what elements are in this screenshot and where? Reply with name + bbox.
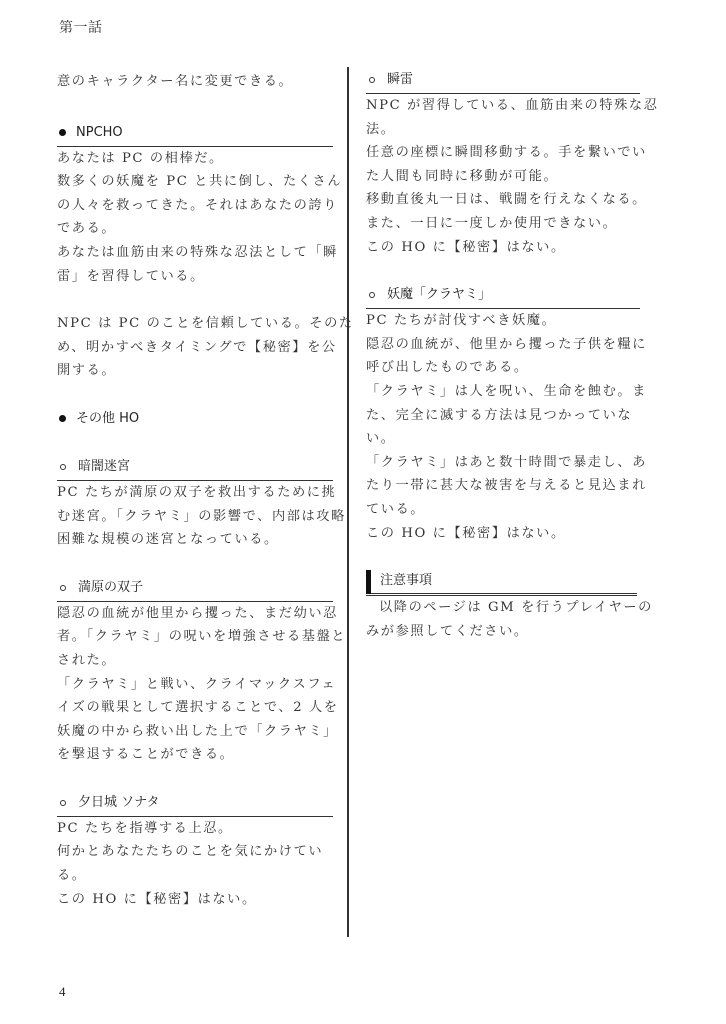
text-line: 任意の座標に瞬間移動する。手を繋いでい xyxy=(366,141,640,165)
text-line: い。 xyxy=(366,427,640,451)
text-line: 意のキャラクター名に変更できる。 xyxy=(57,70,333,94)
subheading-yuhijo-sonata: 夕日城 ソナタ xyxy=(57,791,333,817)
text-line: る。 xyxy=(57,864,333,888)
notice-heading: 注意事項 xyxy=(366,569,637,596)
text-line: の人々を救ってきた。それはあなたの誇り xyxy=(57,194,333,218)
circle-bullet-icon xyxy=(369,77,375,83)
shunrai-body: NPC が習得している、血筋由来の特殊な忍 法。 任意の座標に瞬間移動する。手を… xyxy=(366,94,640,259)
text-line: この HO に【秘密】はない。 xyxy=(57,888,333,912)
intro-paragraph: 意のキャラクター名に変更できる。 xyxy=(57,70,333,94)
heading-label: 瞬雷 xyxy=(387,68,413,92)
text-line: また、一日に一度しか使用できない。 xyxy=(366,212,640,236)
text-line: たり一帯に甚大な被害を与えると見込まれ xyxy=(366,474,640,498)
npcho-paragraph-1: あなたは PC の相棒だ。 数多くの妖魔を PC と共に倒し、たくさん の人々を… xyxy=(57,147,333,289)
text-line: 開する。 xyxy=(57,359,333,383)
text-line: 雷」を習得している。 xyxy=(57,265,333,289)
subheading-mitsuhara-twins: 満原の双子 xyxy=(57,576,333,602)
text-line: 隠忍の血統が他里から攫った、まだ幼い忍 xyxy=(57,602,333,626)
text-line: む迷宮。「クラヤミ」の影響で、内部は攻略 xyxy=(57,505,333,529)
section-heading-other-ho: その他 HO xyxy=(57,407,333,431)
text-line: この HO に【秘密】はない。 xyxy=(366,236,640,260)
bullet-icon xyxy=(59,415,66,422)
text-line: NPC は PC のことを信頼している。そのた xyxy=(57,312,333,336)
notice-body: 以降のページは GM を行うプレイヤーの みが参照してください。 xyxy=(366,596,640,643)
text-line: PC たちを指導する上忍。 xyxy=(57,817,333,841)
text-line: た、完全に滅する方法は見つかっていな xyxy=(366,404,640,428)
subheading-ankoku-meikyu: 暗闇迷宮 xyxy=(57,455,333,481)
subheading-kurayami: 妖魔「クラヤミ」 xyxy=(366,283,640,309)
subheading-shunrai: 瞬雷 xyxy=(366,68,640,94)
text-line: 困難な規模の迷宮となっている。 xyxy=(57,528,333,552)
text-line: NPC が習得している、血筋由来の特殊な忍 xyxy=(366,94,640,118)
text-line: ている。 xyxy=(366,498,640,522)
text-line: 「クラヤミ」はあと数十時間で暴走し、あ xyxy=(366,451,640,475)
heading-label: 暗闇迷宮 xyxy=(78,455,130,479)
text-line: を撃退することができる。 xyxy=(57,743,333,767)
text-line: 妖魔の中から救い出した上で「クラヤミ」 xyxy=(57,720,333,744)
left-column: 意のキャラクター名に変更できる。 NPCHO あなたは PC の相棒だ。 数多く… xyxy=(57,68,333,911)
text-line: 何かとあなたたちのことを気にかけてい xyxy=(57,840,333,864)
text-line: 隠忍の血統が、他里から攫った子供を糧に xyxy=(366,333,640,357)
circle-bullet-icon xyxy=(60,464,66,470)
text-line: PC たちが満原の双子を救出するために挑 xyxy=(57,481,333,505)
text-line: 者。「クラヤミ」の呪いを増強させる基盤と xyxy=(57,625,333,649)
text-line: 数多くの妖魔を PC と共に倒し、たくさん xyxy=(57,170,333,194)
heading-label: 注意事項 xyxy=(380,573,432,588)
text-line: あなたは血筋由来の特殊な忍法として「瞬 xyxy=(57,241,333,265)
right-column: 瞬雷 NPC が習得している、血筋由来の特殊な忍 法。 任意の座標に瞬間移動する… xyxy=(366,68,640,643)
text-line: イズの戦果として選択することで、2 人を xyxy=(57,696,333,720)
heading-label: NPCHO xyxy=(76,121,123,145)
text-line: 「クラヤミ」と戦い、クライマックスフェ xyxy=(57,673,333,697)
text-line: この HO に【秘密】はない。 xyxy=(366,522,640,546)
column-divider xyxy=(347,67,349,937)
npcho-paragraph-2: NPC は PC のことを信頼している。そのた め、明かすべきタイミングで【秘密… xyxy=(57,312,333,383)
text-line: 以降のページは GM を行うプレイヤーの xyxy=(366,596,640,620)
text-line: 「クラヤミ」は人を呪い、生命を蝕む。ま xyxy=(366,380,640,404)
heading-label: その他 HO xyxy=(76,407,139,431)
text-line: た人間も同時に移動が可能。 xyxy=(366,165,640,189)
text-line: された。 xyxy=(57,649,333,673)
ankoku-meikyu-body: PC たちが満原の双子を救出するために挑 む迷宮。「クラヤミ」の影響で、内部は攻… xyxy=(57,481,333,552)
kurayami-body: PC たちが討伐すべき妖魔。 隠忍の血統が、他里から攫った子供を糧に 呼び出した… xyxy=(366,309,640,545)
text-line: PC たちが討伐すべき妖魔。 xyxy=(366,309,640,333)
text-line: みが参照してください。 xyxy=(366,620,640,644)
text-line: である。 xyxy=(57,217,333,241)
mitsuhara-twins-body: 隠忍の血統が他里から攫った、まだ幼い忍 者。「クラヤミ」の呪いを増強させる基盤と… xyxy=(57,602,333,767)
circle-bullet-icon xyxy=(369,292,375,298)
yuhijo-sonata-body: PC たちを指導する上忍。 何かとあなたたちのことを気にかけてい る。 この H… xyxy=(57,817,333,911)
circle-bullet-icon xyxy=(60,800,66,806)
text-line: 呼び出したものである。 xyxy=(366,356,640,380)
heading-label: 満原の双子 xyxy=(78,576,143,600)
bullet-icon xyxy=(59,129,66,136)
circle-bullet-icon xyxy=(60,585,66,591)
text-line: あなたは PC の相棒だ。 xyxy=(57,147,333,171)
text-line: 法。 xyxy=(366,118,640,142)
section-heading-npcho: NPCHO xyxy=(57,121,333,147)
running-head-chapter-title: 第一話 xyxy=(59,17,103,37)
heading-label: 夕日城 ソナタ xyxy=(78,791,159,815)
page-number: 4 xyxy=(59,984,66,1000)
heading-bar-icon xyxy=(366,570,371,594)
text-line: め、明かすべきタイミングで【秘密】を公 xyxy=(57,336,333,360)
heading-label: 妖魔「クラヤミ」 xyxy=(387,283,491,307)
text-line: 移動直後丸一日は、戦闘を行えなくなる。 xyxy=(366,188,640,212)
